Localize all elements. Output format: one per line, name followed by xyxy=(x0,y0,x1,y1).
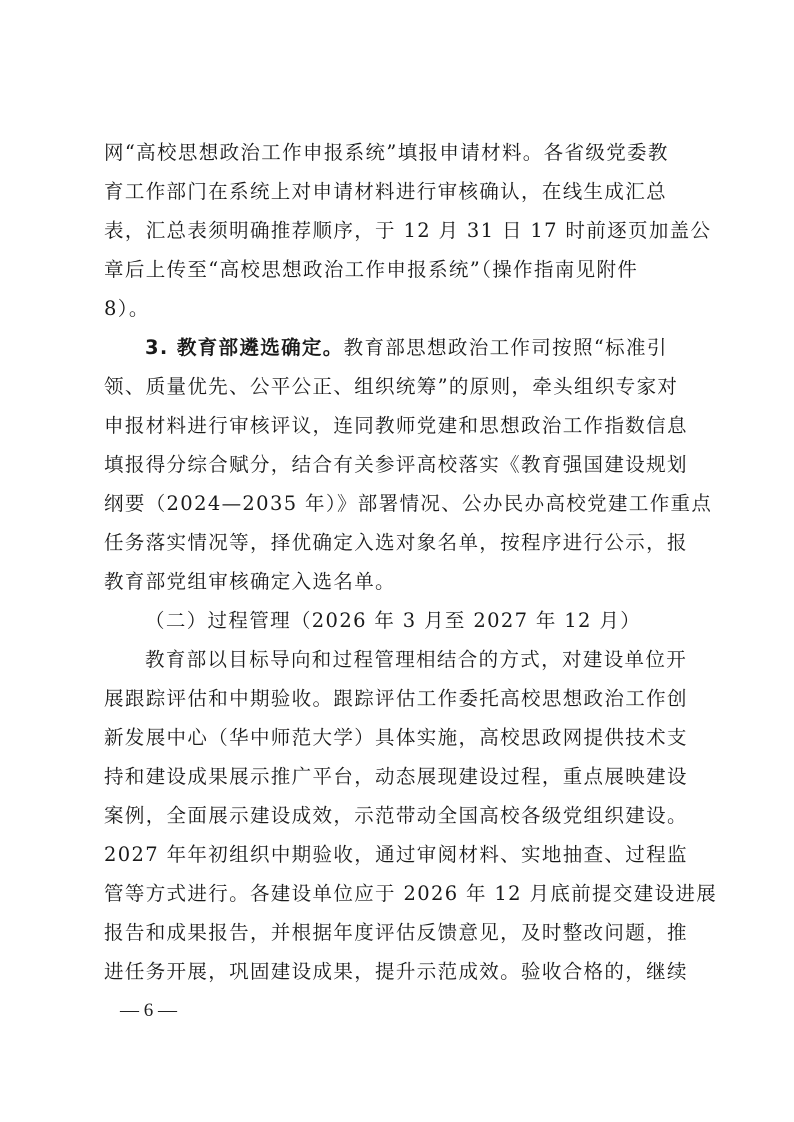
text-line: 育工作部门在系统上对申请材料进行审核确认，在线生成汇总 xyxy=(104,172,692,211)
text-line: 章后上传至“高校思想政治工作申报系统”（操作指南见附件 xyxy=(104,250,692,289)
text-line: 表，汇总表须明确推荐顺序，于 12 月 31 日 17 时前逐页加盖公 xyxy=(104,211,692,250)
text-line: 领、质量优先、公平公正、组织统筹”的原则，牵头组织专家对 xyxy=(104,367,692,406)
text-line: 任务落实情况等，择优确定入选对象名单，按程序进行公示，报 xyxy=(104,523,692,562)
text-line: 纲要（2024—2035 年）》部署情况、公办民办高校党建工作重点 xyxy=(104,484,692,523)
text-line: 教育部以目标导向和过程管理相结合的方式，对建设单位开 xyxy=(104,640,692,679)
text-line: 案例，全面展示建设成效，示范带动全国高校各级党组织建设。 xyxy=(104,796,692,835)
text-line: 网“高校思想政治工作申报系统”填报申请材料。各省级党委教 xyxy=(104,133,692,172)
text-line: 进任务开展，巩固建设成果，提升示范成效。验收合格的，继续 xyxy=(104,952,692,991)
numbered-item-line: 3. 教育部遴选确定。教育部思想政治工作司按照“标准引 xyxy=(104,328,692,367)
text-line: 展跟踪评估和中期验收。跟踪评估工作委托高校思想政治工作创 xyxy=(104,679,692,718)
page-number: — 6 — xyxy=(120,1000,177,1022)
text-line: 管等方式进行。各建设单位应于 2026 年 12 月底前提交建设进展 xyxy=(104,874,692,913)
text-line: 8）。 xyxy=(104,289,692,328)
text-line: 填报得分综合赋分，结合有关参评高校落实《教育强国建设规划 xyxy=(104,445,692,484)
text-line: 新发展中心（华中师范大学）具体实施，高校思政网提供技术支 xyxy=(104,718,692,757)
text-line: 报告和成果报告，并根据年度评估反馈意见，及时整改问题，推 xyxy=(104,913,692,952)
item-heading: 3. 教育部遴选确定。 xyxy=(145,336,344,359)
document-body: 网“高校思想政治工作申报系统”填报申请材料。各省级党委教 育工作部门在系统上对申… xyxy=(104,133,692,991)
text-line: 持和建设成果展示推广平台，动态展现建设过程，重点展映建设 xyxy=(104,757,692,796)
text-span: 教育部思想政治工作司按照“标准引 xyxy=(344,336,668,359)
text-line: 2027 年年初组织中期验收，通过审阅材料、实地抽查、过程监 xyxy=(104,835,692,874)
section-title: （二）过程管理（2026 年 3 月至 2027 年 12 月） xyxy=(104,601,692,640)
text-line: 教育部党组审核确定入选名单。 xyxy=(104,562,692,601)
text-line: 申报材料进行审核评议，连同教师党建和思想政治工作指数信息 xyxy=(104,406,692,445)
